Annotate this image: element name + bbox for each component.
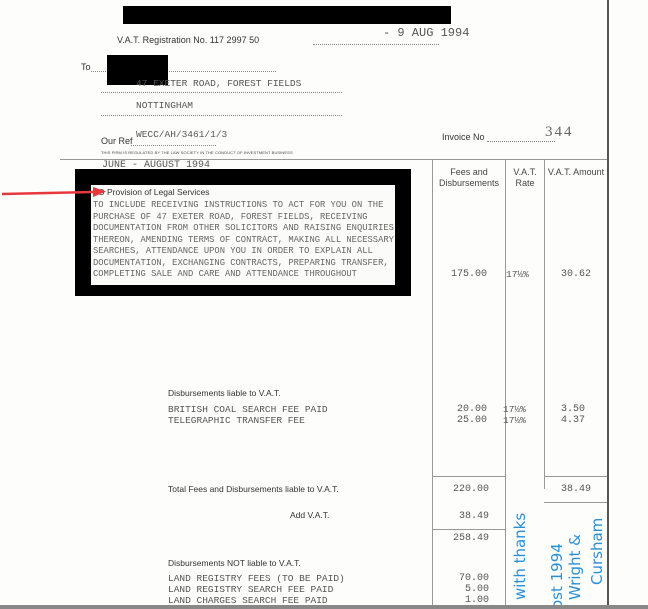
disb-novat-item: LAND REGISTRY FEES (TO BE PAID) (168, 573, 345, 584)
disb-vat-amount: 3.50 (545, 404, 585, 415)
services-description: TO INCLUDE RECEIVING INSTRUCTIONS TO ACT… (93, 200, 394, 281)
page-right-edge (607, 0, 609, 609)
col-header-vat-amount: V.A.T. Amount (545, 167, 607, 178)
disb-novat-fee: 5.00 (433, 584, 489, 595)
total-vat: 38.49 (545, 484, 591, 495)
col-header-vat-rate: V.A.T. Rate (506, 167, 544, 189)
vat-total-bottom-line (544, 502, 607, 503)
disb-novat-item: LAND REGISTRY SEARCH FEE PAID (168, 584, 333, 595)
disb-vat-amount: 4.37 (545, 415, 585, 426)
disb-vat-fee: 25.00 (433, 415, 487, 426)
col-line-2 (505, 159, 506, 609)
our-ref-label: Our Ref (101, 136, 133, 146)
handwritten-date: ost 1994 (548, 543, 566, 609)
vat-registration: V.A.T. Registration No. 117 2997 50 (117, 35, 259, 45)
disb-vat-heading: Disbursements liable to V.A.T. (168, 388, 281, 398)
to-label: To (81, 62, 91, 72)
services-vat-rate: 17½% (506, 269, 529, 280)
subtotal-value: 258.49 (433, 533, 489, 544)
address-line-1-dots (101, 92, 342, 93)
our-ref: WECC/AH/3461/1/3 (136, 129, 227, 140)
total-label: Total Fees and Disbursements liable to V… (168, 484, 339, 494)
services-vat-amount: 30.62 (545, 269, 591, 280)
total-fees: 220.00 (433, 484, 489, 495)
address-line-2-dots (101, 115, 342, 116)
red-arrow-icon (0, 186, 110, 202)
disb-novat-fee: 70.00 (433, 573, 489, 584)
highlight-frame: TO Provision of Legal Services TO INCLUD… (75, 169, 411, 296)
disb-vat-item: BRITISH COAL SEARCH FEE PAID (168, 404, 328, 415)
add-vat-value: 38.49 (433, 511, 489, 522)
disb-vat-rate: 17½% (503, 404, 526, 415)
disb-vat-fee: 20.00 (433, 404, 487, 415)
disb-novat-heading: Disbursements NOT liable to V.A.T. (168, 558, 301, 568)
address-line-1: 47 EXETER ROAD, FOREST FIELDS (136, 78, 301, 89)
subtotal-line (432, 529, 505, 530)
invoice-no-label: Invoice No (442, 132, 485, 142)
address-line-2: NOTTINGHAM (136, 100, 193, 111)
vat-total-top-line (544, 476, 607, 477)
services-fee: 175.00 (433, 269, 487, 280)
add-vat-label: Add V.A.T. (290, 510, 329, 520)
invoice-date: - 9 AUG 1994 (383, 26, 469, 40)
services-heading: TO Provision of Legal Services (93, 187, 210, 197)
regulation-note: THIS FIRM IS REGULATED BY THE LAW SOCIET… (101, 150, 293, 155)
handwritten-wright: Wright & (566, 534, 584, 600)
date-line (313, 44, 439, 45)
redacted-firm-name (123, 6, 451, 24)
col-header-fees: Fees and Disbursements (433, 167, 505, 189)
disb-vat-item: TELEGRAPHIC TRANSFER FEE (168, 415, 305, 426)
disb-vat-rate: 17½% (503, 415, 526, 426)
our-ref-dots (131, 145, 216, 146)
services-box: TO Provision of Legal Services TO INCLUD… (91, 185, 395, 285)
invoice-no-dots (487, 141, 555, 142)
invoice-no: 344 (545, 124, 574, 141)
handwritten-with-thanks: with thanks (511, 513, 529, 600)
bottom-edge (0, 605, 648, 609)
col-line-3 (544, 159, 545, 489)
handwritten-cursham: Cursham (588, 518, 606, 585)
total-top-line (432, 476, 505, 477)
